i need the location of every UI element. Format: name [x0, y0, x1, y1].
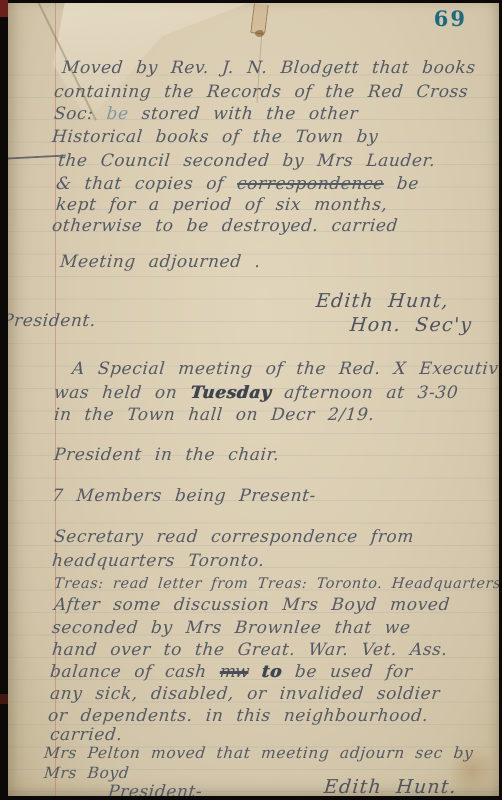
line-text: hand over to the Great. War. Vet. Ass. — [51, 640, 448, 660]
scribbled-out-word: mw — [219, 662, 249, 682]
manuscript-line: After some discussion Mrs Boyd moved — [53, 595, 451, 615]
line-text: Treas: read letter from Treas: Toronto. … — [53, 576, 499, 592]
line-text: Secretary read correspondence from — [53, 527, 415, 547]
manuscript-line: & that copies of correspondence be — [55, 174, 420, 194]
signature-text: Edith Hunt, — [315, 290, 450, 312]
manuscript-line: hand over to the Great. War. Vet. Ass. — [51, 640, 448, 660]
president-countersign: President- — [107, 782, 203, 796]
overwritten-word: to — [261, 662, 283, 682]
line-text: in the Town hall on Decr 2/19. — [53, 405, 375, 425]
manuscript-line: carried. — [49, 725, 123, 745]
manuscript-line: containing the Records of the Red Cross — [53, 82, 469, 102]
spine-mark — [0, 694, 8, 704]
manuscript-line: any sick, disabled, or invalided soldier — [49, 684, 441, 704]
manuscript-line: Mrs Boyd — [43, 763, 130, 783]
manuscript-line: Treas: read letter from Treas: Toronto. … — [53, 574, 499, 594]
manuscript-line: headquarters Toronto. — [51, 551, 265, 571]
line-text: balance of cash — [49, 662, 208, 682]
line-text: kept for a period of six months, — [55, 195, 388, 215]
scanned-minute-book-page: 69 Moved by Rev. J. N. Blodgett that boo… — [0, 0, 502, 800]
manuscript-line: in the Town hall on Decr 2/19. — [53, 405, 375, 425]
manuscript-line: 7 Members being Present- — [51, 486, 317, 506]
page-number: 69 — [434, 6, 467, 31]
pencil-correction: be — [106, 104, 130, 124]
line-text: & that copies of — [55, 174, 225, 194]
line-text: Moved by Rev. J. N. Blodgett that books — [61, 58, 476, 78]
line-text: or dependents. in this neighbourhood. — [47, 706, 429, 726]
manuscript-line: Moved by Rev. J. N. Blodgett that books — [61, 58, 476, 78]
line-text: be used for — [294, 662, 413, 682]
manuscript-line: balance of cash mw to be used for — [49, 662, 413, 682]
line-text: President in the chair. — [53, 445, 280, 465]
line-text: Mrs Boyd — [43, 764, 130, 782]
line-text: seconded by Mrs Brownlee that we — [51, 618, 411, 638]
line-text: Historical books of the Town by — [51, 127, 379, 147]
line-text: headquarters Toronto. — [51, 551, 265, 571]
line-text: any sick, disabled, or invalided soldier — [49, 684, 441, 704]
line-text: afternoon at 3-30 — [283, 383, 459, 403]
line-text: carried. — [49, 725, 123, 745]
struck-word: correspondence — [236, 174, 384, 194]
manuscript-line: or dependents. in this neighbourhood. — [47, 706, 429, 726]
manuscript-line: Secretary read correspondence from — [53, 527, 415, 547]
manuscript-paper: 69 Moved by Rev. J. N. Blodgett that boo… — [8, 3, 499, 796]
line-text: was held on — [53, 383, 178, 403]
signature-edith-hunt: Edith Hunt, — [315, 291, 450, 311]
line-text: stored with the other — [141, 104, 359, 124]
manuscript-line: President in the chair. — [53, 445, 280, 465]
line-text: be — [396, 174, 420, 194]
signature-text: Hon. Sec'y — [349, 314, 473, 336]
manuscript-line: kept for a period of six months, — [55, 195, 388, 215]
manuscript-line: seconded by Mrs Brownlee that we — [51, 618, 411, 638]
line-text: containing the Records of the Red Cross — [53, 82, 469, 102]
manuscript-line: was held on Tuesday afternoon at 3-30 — [53, 383, 459, 403]
manuscript-line: Mrs Pelton moved that meeting adjourn se… — [43, 743, 474, 763]
manuscript-line: Historical books of the Town by — [51, 127, 379, 147]
line-text: After some discussion Mrs Boyd moved — [53, 595, 451, 615]
signature-edith-hunt: Edith Hunt. — [323, 777, 458, 796]
manuscript-line: Meeting adjourned . — [59, 252, 261, 272]
line-text: Soc: — [53, 104, 94, 124]
spine-mark — [0, 0, 8, 17]
glue-blotch — [255, 30, 264, 37]
line-text: Meeting adjourned . — [59, 252, 261, 272]
signature-text: Edith Hunt. — [323, 776, 458, 796]
line-text: President. — [8, 311, 97, 331]
line-text: Mrs Pelton moved that meeting adjourn se… — [43, 744, 474, 762]
line-text: otherwise to be destroyed. carried — [51, 216, 399, 236]
line-text: 7 Members being Present- — [51, 486, 317, 506]
manuscript-line: otherwise to be destroyed. carried — [51, 216, 399, 236]
overwritten-word: Tuesday — [189, 383, 272, 403]
president-countersign: President. — [8, 311, 97, 331]
signature-title: Hon. Sec'y — [349, 315, 473, 335]
line-text: the Council seconded by Mrs Lauder. — [57, 151, 436, 171]
manuscript-line: A Special meeting of the Red. X Executiv… — [71, 359, 499, 379]
line-text: President- — [107, 782, 203, 796]
manuscript-line: the Council seconded by Mrs Lauder. — [57, 151, 436, 171]
manuscript-line: Soc: be stored with the other — [53, 104, 359, 124]
line-text: A Special meeting of the Red. X Executiv… — [71, 359, 499, 379]
